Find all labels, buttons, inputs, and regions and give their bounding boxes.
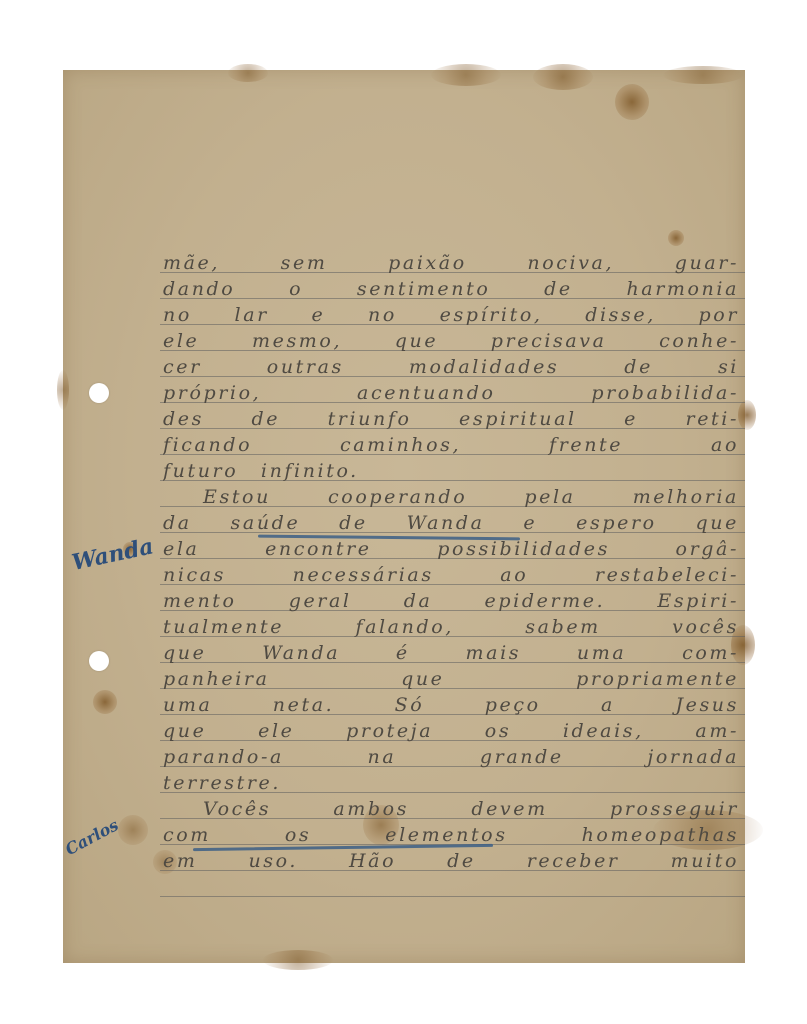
text-line: no lar e no espírito, disse, por <box>163 304 739 328</box>
text-line: panheira que propriamente <box>163 668 739 692</box>
text-line: que ele proteja os ideais, am- <box>163 720 739 744</box>
stain <box>118 815 148 845</box>
stain <box>668 230 684 246</box>
text-line: cer outras modalidades de si <box>163 356 739 380</box>
stain <box>228 64 268 82</box>
hole-punch <box>89 383 109 403</box>
text-line: Vocês ambos devem prosseguir <box>163 798 739 822</box>
stain <box>663 66 743 84</box>
stain <box>738 400 756 430</box>
text-line: mento geral da epiderme. Espiri- <box>163 590 739 614</box>
text-line: Estou cooperando pela melhoria <box>163 486 739 510</box>
text-line: uma neta. Só peço a Jesus <box>163 694 739 718</box>
stain <box>93 690 117 714</box>
text-line: ela encontre possibilidades orgâ- <box>163 538 739 562</box>
stain <box>615 84 649 120</box>
hole-punch <box>89 651 109 671</box>
text-line: próprio, acentuando probabilida- <box>163 382 739 406</box>
text-line: des de triunfo espiritual e reti- <box>163 408 739 432</box>
stain <box>431 64 501 86</box>
text-line: da saúde de Wanda e espero que <box>163 512 739 536</box>
text-line: que Wanda é mais uma com- <box>163 642 739 666</box>
text-line: nicas necessárias ao restabeleci- <box>163 564 739 588</box>
stain <box>533 64 593 90</box>
text-line: ele mesmo, que precisava conhe- <box>163 330 739 354</box>
letter-page: mãe, sem paixão nociva, guar- dando o se… <box>63 70 745 963</box>
text-line: futuro infinito. <box>163 460 739 484</box>
text-line: em uso. Hão de receber muito <box>163 850 739 874</box>
ruled-line <box>160 896 745 897</box>
text-line: ficando caminhos, frente ao <box>163 434 739 458</box>
margin-note-wanda: Wanda <box>70 533 156 576</box>
stain <box>57 370 69 410</box>
margin-note-carlos: Carlos <box>62 815 122 859</box>
text-line: dando o sentimento de harmonia <box>163 278 739 302</box>
text-line: terrestre. <box>163 772 739 796</box>
text-line: tualmente falando, sabem vocês <box>163 616 739 640</box>
text-line: parando-a na grande jornada <box>163 746 739 770</box>
text-line: mãe, sem paixão nociva, guar- <box>163 252 739 276</box>
stain <box>263 950 333 970</box>
